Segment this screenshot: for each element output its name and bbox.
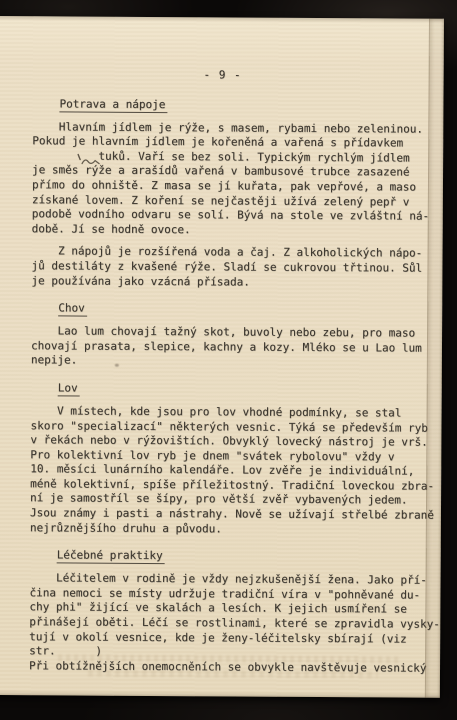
- section-heading: Chov: [31, 301, 433, 319]
- section-heading-text: Potrava a nápoje: [59, 97, 167, 113]
- document-section: Chov Lao lum chovají tažný skot, buvoly …: [31, 301, 433, 370]
- text-line: chovají prasata, slepice, kachny a kozy.…: [31, 339, 433, 356]
- text-line: je používána jako vzácná přísada.: [31, 274, 433, 291]
- section-heading-text: Chov: [58, 302, 87, 317]
- ink-smudge: [115, 364, 119, 367]
- document-section: Potrava a nápoje Hlavním jídlem je rýže,…: [31, 97, 434, 291]
- text-line: době. Jí se hodně ovoce.: [32, 222, 434, 239]
- section-heading: Potrava a nápoje: [32, 97, 434, 115]
- paragraph: Hlavním jídlem je rýže, s masem, rybami …: [32, 120, 435, 239]
- paragraph: Lao lum chovají tažný skot, buvoly nebo …: [31, 324, 433, 370]
- section-heading: Léčebné praktiky: [30, 548, 432, 566]
- section-heading: Lov: [31, 381, 433, 399]
- handwritten-insertion-mark: [74, 153, 104, 169]
- text-line: nepije.: [31, 354, 433, 371]
- section-heading-text: Léčebné praktiky: [57, 549, 165, 565]
- bleed-through-texture: [88, 670, 378, 679]
- document-section: Lov V místech, kde jsou pro lov vhodné p…: [30, 381, 433, 538]
- page-sheet: - 9 - Potrava a nápoje Hlavním jídlem je…: [0, 16, 444, 698]
- section-heading-text: Lov: [58, 381, 80, 396]
- paragraph: V místech, kde jsou pro lov vhodné podmí…: [30, 404, 433, 538]
- text-line: nejrůznějšího druhu a původu.: [30, 521, 432, 538]
- page-number: - 9 -: [33, 67, 413, 84]
- paragraph: Z nápojů je rozšířená voda a čaj. Z alko…: [31, 245, 433, 291]
